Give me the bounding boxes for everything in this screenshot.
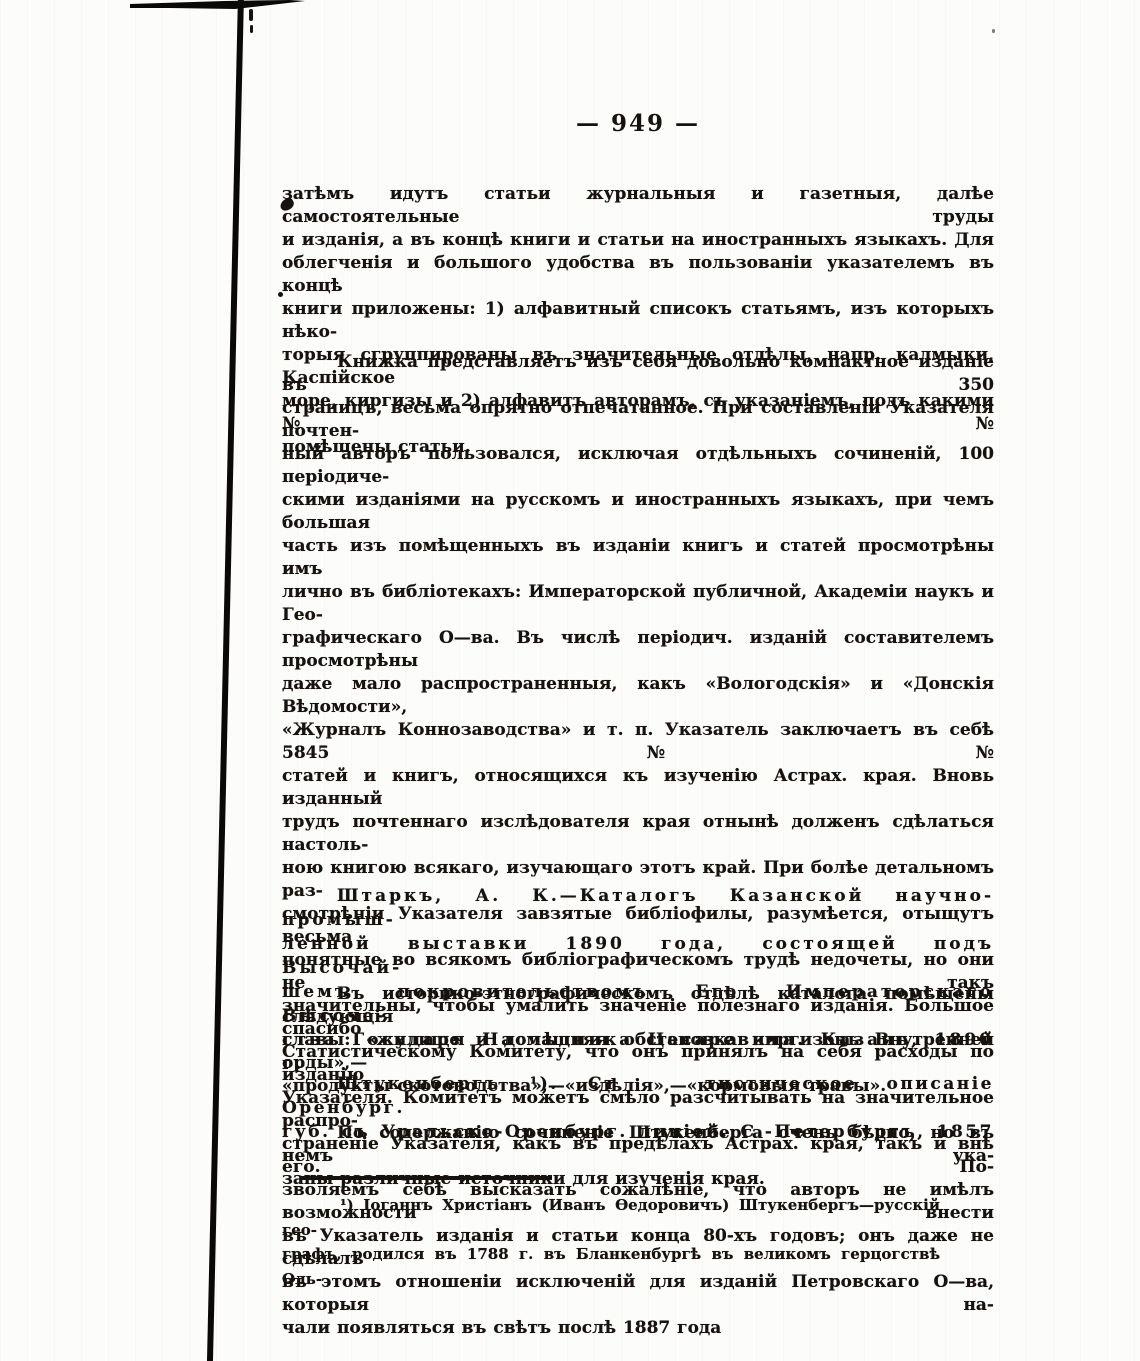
text-line: ный авторъ пользовался, исключая отдѣльн… xyxy=(282,443,994,489)
text-line: По содержанію сочиненіе Штукенберга очен… xyxy=(282,1122,994,1168)
text-line: «Журналъ Коннозаводства» и т. п. Указате… xyxy=(282,719,994,765)
text-line: главы: «жилище и домашняя обстановка кир… xyxy=(282,1029,994,1075)
text-line: ¹) Іоганнъ Христіанъ (Иванъ Ѳедоровичъ) … xyxy=(282,1193,940,1242)
text-line: затѣмъ идутъ статьи журнальныя и газетны… xyxy=(282,183,994,229)
text-line: Книжка представляетъ изъ себя довольно к… xyxy=(282,351,994,397)
page-number: — 949 — xyxy=(282,110,994,137)
text-line: Въ историко-этнографическомъ отдѣлѣ ката… xyxy=(282,983,994,1029)
text-line: и изданія, а въ концѣ книги и статьи на … xyxy=(282,229,994,252)
scanned-page: — 949 — затѣмъ идутъ статьи журнальныя и… xyxy=(0,0,1140,1361)
text-line: лично въ библіотекахъ: Императорской пуб… xyxy=(282,581,994,627)
text-line: графъ, родился въ 1788 г. въ Бланкенбург… xyxy=(282,1242,940,1291)
ink-speck xyxy=(250,25,253,33)
top-edge-artifact xyxy=(130,0,320,14)
ink-speck xyxy=(992,29,995,33)
footnote-rule xyxy=(300,1176,552,1180)
text-line: трудъ почтеннаго изслѣдователя края отны… xyxy=(282,811,994,857)
entry-stuckenberg-note: По содержанію сочиненіе Штукенберга очен… xyxy=(282,1122,994,1191)
text-line: чали появляться въ свѣтъ послѣ 1887 года xyxy=(282,1317,994,1340)
text-line: ленной выставки 1890 года, состоящей под… xyxy=(282,932,994,980)
text-line: страницъ, весьма опрятно отпечатанное. П… xyxy=(282,397,994,443)
ink-speck xyxy=(249,9,253,21)
text-line: часть изъ помѣщенныхъ въ изданіи книгъ и… xyxy=(282,535,994,581)
text-line: даже мало распространенныя, какъ «Волого… xyxy=(282,673,994,719)
text-line: графическаго О—ва. Въ числѣ періодич. из… xyxy=(282,627,994,673)
text-line: скими изданіями на русскомъ и иностранны… xyxy=(282,489,994,535)
footnote: ¹) Іоганнъ Христіанъ (Иванъ Ѳедоровичъ) … xyxy=(282,1193,940,1291)
text-line: Штукенбергъ ¹). Ст тистическое описаніе … xyxy=(282,1072,994,1120)
paragraph-review: Книжка представляетъ изъ себя довольно к… xyxy=(282,351,994,1340)
text-line: книги приложены: 1) алфавитный списокъ с… xyxy=(282,298,994,344)
text-line: облегченія и большого удобства въ пользо… xyxy=(282,252,994,298)
left-border-line xyxy=(207,0,244,1361)
text-line: статей и книгъ, относящихся къ изученію … xyxy=(282,765,994,811)
text-line: Штаркъ, А. К.—Каталогъ Казанской научно-… xyxy=(282,884,994,932)
